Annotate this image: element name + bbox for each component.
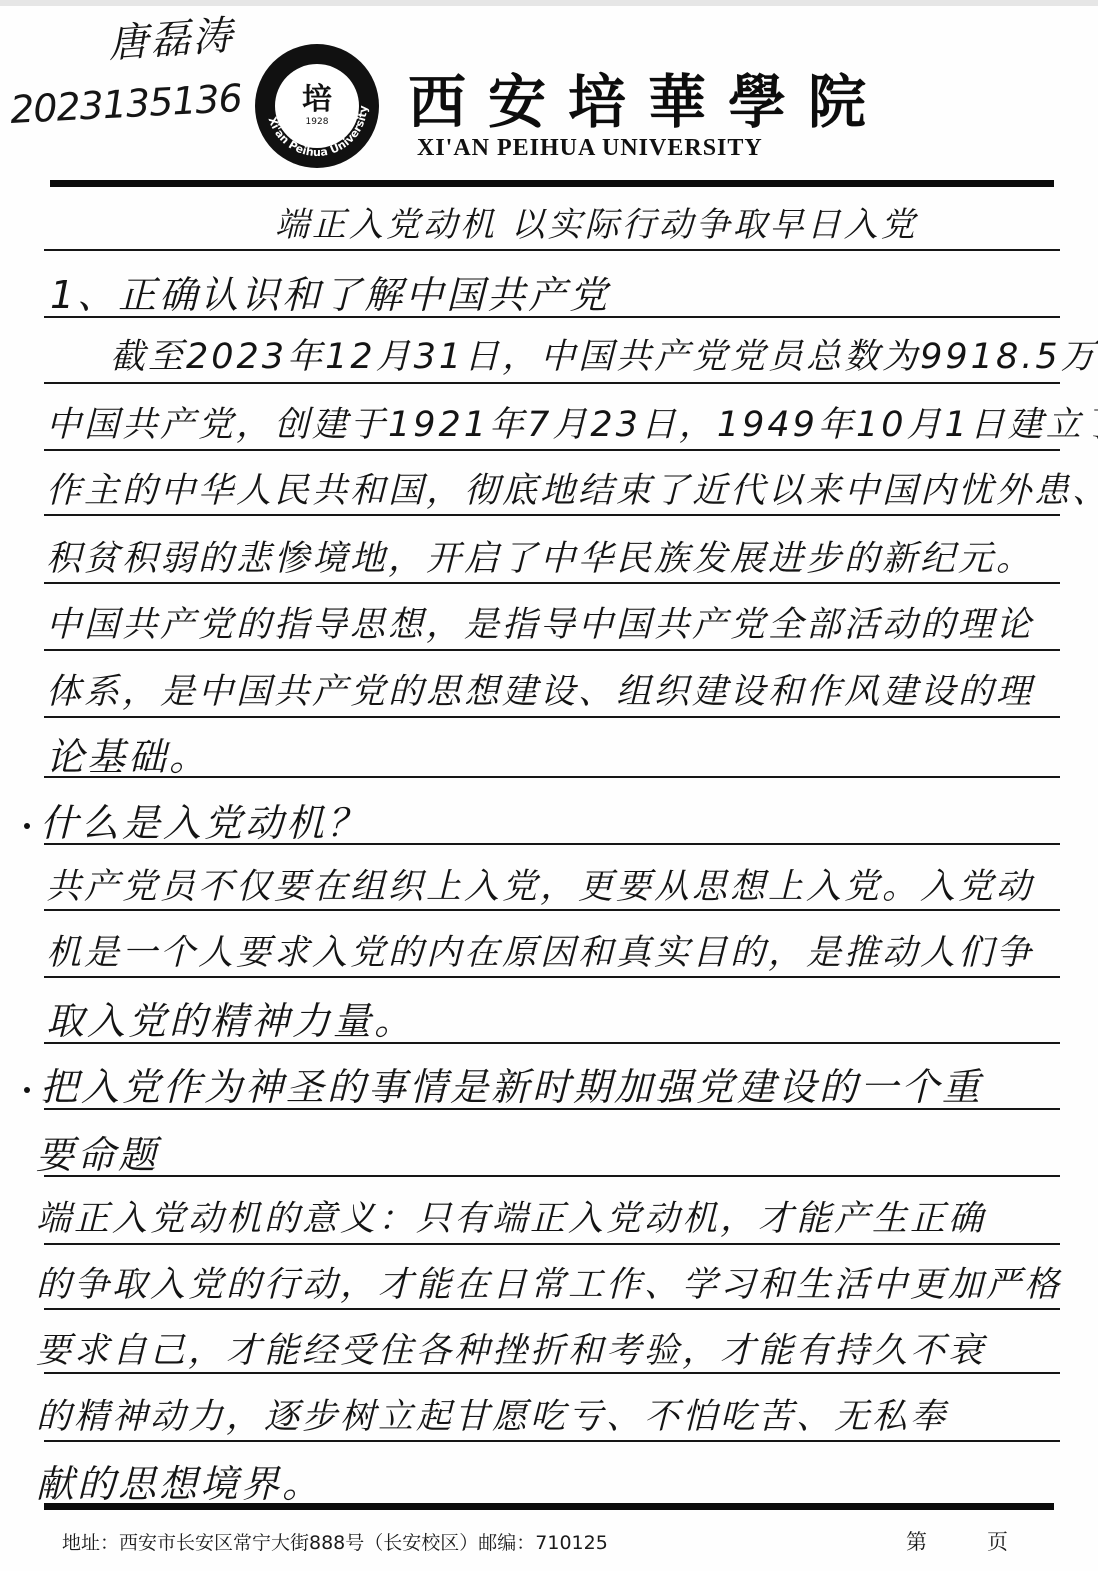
bullet-heading: 什么是入党动机？ — [24, 804, 368, 842]
text-line: 体系，是中国共产党的思想建设、组织建设和作风建设的理 — [46, 675, 1034, 710]
ruled-line — [44, 1440, 1060, 1442]
text-line: 作主的中华人民共和国，彻底地结束了近代以来中国内忧外患、 — [46, 474, 1098, 509]
text-line: 中国共产党的指导思想，是指导中国共产党全部活动的理论 — [46, 608, 1034, 643]
ruled-line — [44, 514, 1060, 516]
bullet-heading-text: 什么是入党动机？ — [40, 801, 368, 845]
header-divider — [50, 180, 1054, 187]
text-line: 取入党的精神力量。 — [46, 1002, 415, 1040]
ruled-line — [44, 382, 1060, 384]
ruled-line — [44, 449, 1060, 451]
text-line: 献的思想境界。 — [36, 1465, 323, 1503]
ruled-line — [44, 649, 1060, 651]
text-line: 截至2023年12月31日，中国共产党党员总数为9918.5万名。 — [110, 340, 1098, 375]
text-line: 积贫积弱的悲惨境地，开启了中华民族发展进步的新纪元。 — [46, 542, 1034, 577]
ruled-line — [44, 1372, 1060, 1374]
ruled-line — [44, 582, 1060, 584]
ruled-line — [44, 249, 1060, 251]
footer-address: 地址：西安市长安区常宁大街888号（长安校区）邮编：710125 — [62, 1528, 608, 1555]
student-name: 唐磊涛 — [106, 4, 236, 70]
scan-edge — [0, 0, 1098, 6]
bullet-heading: 把入党作为神圣的事情是新时期加强党建设的一个重 — [24, 1068, 983, 1106]
ruled-line — [44, 1175, 1060, 1177]
text-line: 的争取入党的行动，才能在日常工作、学习和生活中更加严格 — [36, 1268, 1062, 1303]
ruled-line — [44, 716, 1060, 718]
section-heading: 1、正确认识和了解中国共产党 — [50, 276, 610, 314]
bullet-icon — [24, 823, 30, 829]
ruled-line — [44, 1308, 1060, 1310]
page-suffix: 页 — [987, 1530, 1008, 1554]
svg-text:Xi'an Peihua University: Xi'an Peihua University — [266, 105, 371, 159]
essay-title: 端正入党动机 以实际行动争取早日入党 — [275, 208, 918, 242]
text-line: 论基础。 — [46, 738, 210, 776]
bullet-heading-text: 把入党作为神圣的事情是新时期加强党建设的一个重 — [40, 1065, 983, 1109]
university-seal-logo: Xi'an Peihua University 培 1928 — [255, 44, 379, 168]
text-line: 机是一个人要求入党的内在原因和真实目的，是推动人们争 — [46, 936, 1034, 971]
university-name-cn: 西安培華學院 — [408, 55, 888, 139]
text-line: 共产党员不仅要在组织上入党，更要从思想上入党。入党动 — [46, 870, 1034, 905]
bullet-icon — [24, 1087, 30, 1093]
text-line: 要命题 — [36, 1136, 159, 1174]
text-line: 的精神动力，逐步树立起甘愿吃亏、不怕吃苦、无私奉 — [36, 1400, 948, 1435]
student-id: 2023135136 — [9, 76, 243, 132]
text-line: 中国共产党，创建于1921年7月23日，1949年10月1日建立了人民当家 — [46, 408, 1098, 443]
footer-page-number: 第页 — [906, 1526, 1068, 1556]
university-name-en: XI'AN PEIHUA UNIVERSITY — [417, 135, 763, 162]
notebook-page: 唐磊涛 2023135136 Xi'an Peihua University 培… — [0, 0, 1098, 1571]
ruled-line — [44, 909, 1060, 911]
ruled-line — [44, 1243, 1060, 1245]
text-line: 要求自己，才能经受住各种挫折和考验，才能有持久不衰 — [36, 1334, 986, 1369]
page-prefix: 第 — [906, 1530, 927, 1554]
text-line: 端正入党动机的意义：只有端正入党动机，才能产生正确 — [36, 1202, 986, 1237]
seal-ring-icon: Xi'an Peihua University — [255, 44, 379, 168]
ruled-line — [44, 976, 1060, 978]
